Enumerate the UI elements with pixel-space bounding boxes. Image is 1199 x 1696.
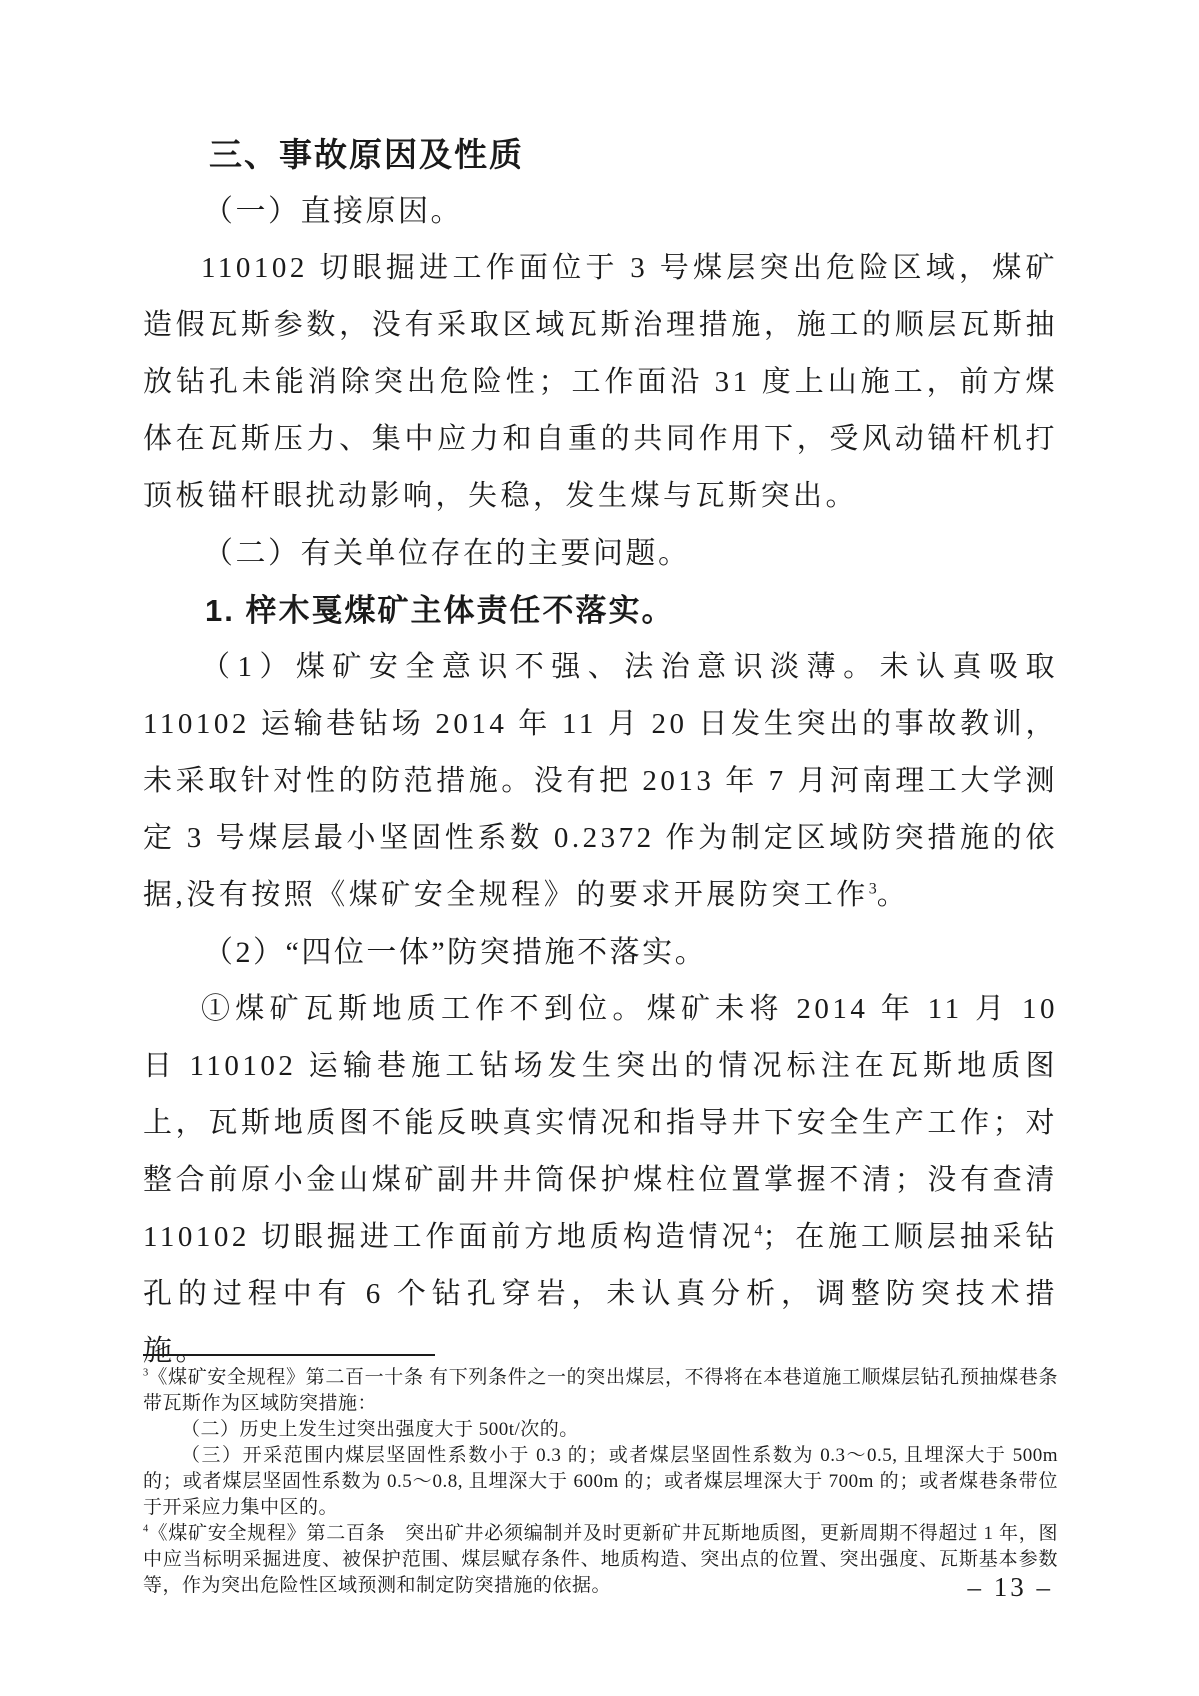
- footnote-3-item-2: （二）历史上发生过突出强度大于 500t/次的。: [143, 1417, 1058, 1443]
- numbered-heading-mine-responsibility: 1. 梓木戛煤矿主体责任不落实。: [143, 582, 1058, 639]
- paragraph-gas-geology-work: ①煤矿瓦斯地质工作不到位。煤矿未将 2014 年 11 月 10 日 11010…: [143, 981, 1058, 1380]
- subsection-heading-main-problems: （二）有关单位存在的主要问题。: [143, 525, 1058, 582]
- subsection-heading-four-in-one: （2）“四位一体”防突措施不落实。: [143, 924, 1058, 981]
- footnote-3-item-3: （三）开采范围内煤层坚固性系数小于 0.3 的；或者煤层坚固性系数为 0.3～0…: [143, 1443, 1058, 1521]
- footnote-4: 4《煤矿安全规程》第二百条 突出矿井必须编制并及时更新矿井瓦斯地质图，更新周期不…: [143, 1521, 1058, 1599]
- subsection-heading-direct-cause: （一）直接原因。: [143, 183, 1058, 240]
- footnote-area: 3《煤矿安全规程》第二百一十条 有下列条件之一的突出煤层，不得将在本巷道施工顺煤…: [143, 1354, 1058, 1599]
- document-page: 三、事故原因及性质 （一）直接原因。 110102 切眼掘进工作面位于 3 号煤…: [0, 0, 1199, 1696]
- paragraph-safety-awareness: （1）煤矿安全意识不强、法治意识淡薄。未认真吸取 110102 运输巷钻场 20…: [143, 639, 1058, 924]
- main-text-area: 三、事故原因及性质 （一）直接原因。 110102 切眼掘进工作面位于 3 号煤…: [143, 126, 1058, 1380]
- paragraph-direct-cause: 110102 切眼掘进工作面位于 3 号煤层突出危险区域，煤矿造假瓦斯参数，没有…: [143, 240, 1058, 525]
- page-number: – 13 –: [968, 1572, 1054, 1603]
- footnote-separator: [143, 1354, 435, 1356]
- section-heading: 三、事故原因及性质: [143, 126, 1058, 183]
- footnote-3-intro: 3《煤矿安全规程》第二百一十条 有下列条件之一的突出煤层，不得将在本巷道施工顺煤…: [143, 1365, 1058, 1417]
